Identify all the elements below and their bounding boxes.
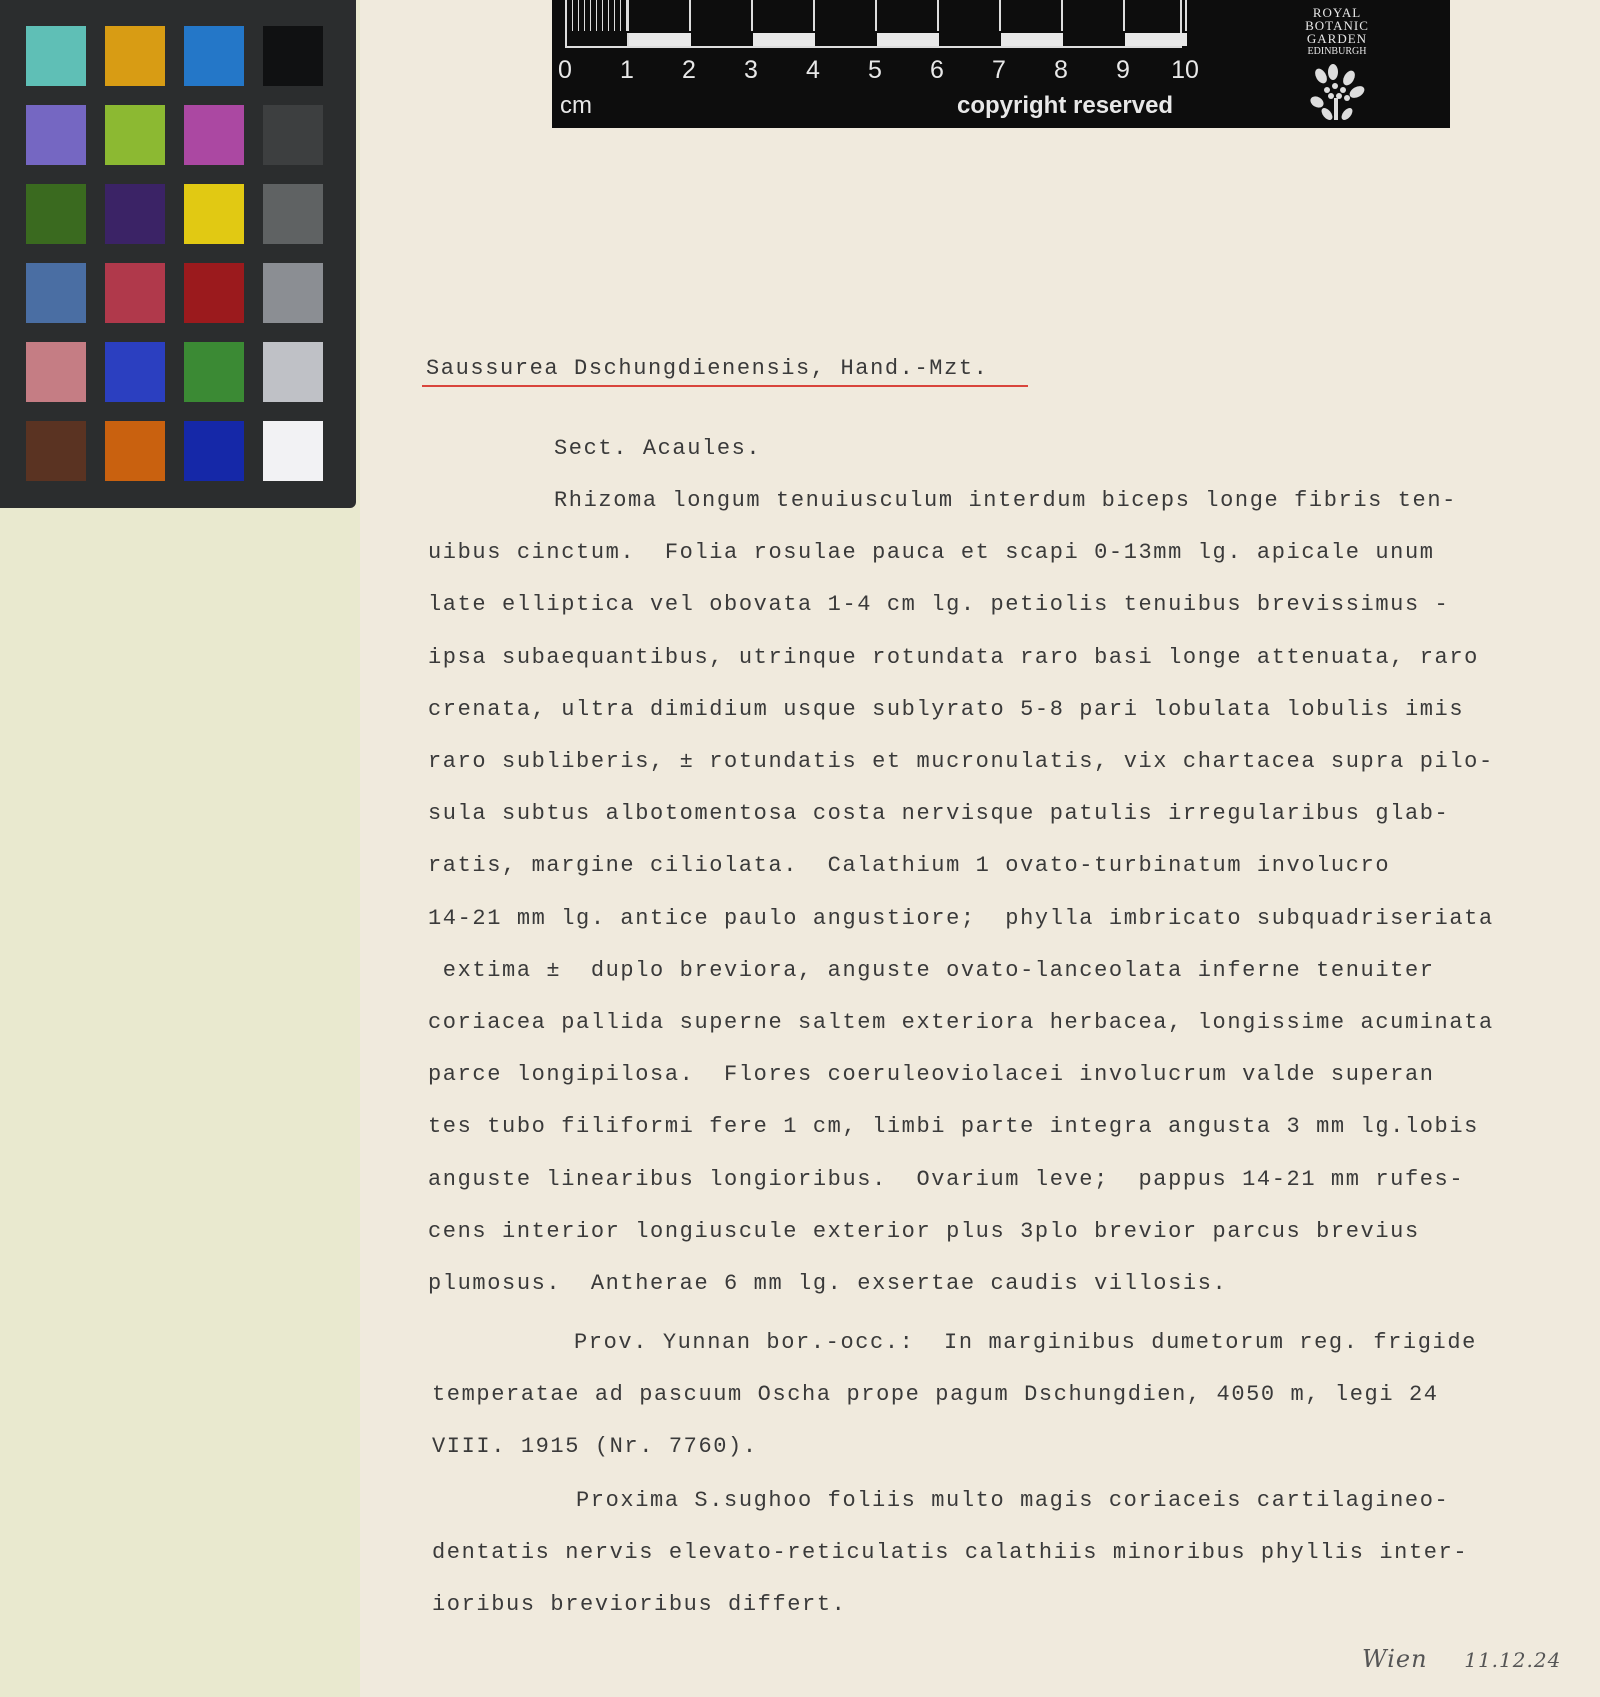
color-swatch [105, 263, 165, 323]
ruler-cell [1125, 0, 1187, 31]
ruler-scale-bar [565, 0, 1182, 48]
ruler-number: 10 [1171, 56, 1199, 85]
color-swatch [26, 342, 86, 402]
signature-place: Wien [1362, 1645, 1428, 1673]
description-line: plumosus. Antherae 6 mm lg. exsertae cau… [428, 1271, 1227, 1296]
color-checker-card [0, 0, 356, 508]
description-line: tes tubo filiformi fere 1 cm, limbi part… [428, 1114, 1479, 1139]
color-swatch [263, 421, 323, 481]
ruler-number: 6 [930, 56, 944, 85]
section-heading: Sect. Acaules. [554, 436, 761, 461]
description-line: uibus cinctum. Folia rosulae pauca et sc… [428, 540, 1435, 565]
flower-emblem-icon [1307, 62, 1367, 124]
locality-line: Prov. Yunnan bor.-occ.: In marginibus du… [574, 1330, 1477, 1355]
signature-date: 11.12.24 [1464, 1648, 1561, 1672]
description-line: ratis, margine ciliolata. Calathium 1 ov… [428, 853, 1390, 878]
comparison-line: ioribus brevioribus differt. [432, 1592, 846, 1617]
description-line: raro subliberis, ± rotundatis et mucronu… [428, 749, 1494, 774]
color-swatch [105, 105, 165, 165]
comparison-line: dentatis nervis elevato-reticulatis cala… [432, 1540, 1468, 1565]
color-swatch [263, 342, 323, 402]
color-swatch [184, 105, 244, 165]
color-swatch [263, 26, 323, 86]
description-line: 14-21 mm lg. antice paulo angustiore; ph… [428, 906, 1494, 931]
ruler-cell [815, 0, 877, 31]
ruler-band [629, 33, 691, 46]
ruler-band [1125, 33, 1187, 46]
color-swatch-grid [26, 26, 323, 481]
rbge-logo: ROYAL BOTANIC GARDEN EDINBURGH [1282, 6, 1392, 126]
ruler-band [1063, 33, 1125, 46]
ruler-cell [1063, 0, 1125, 31]
color-swatch [26, 263, 86, 323]
logo-line: EDINBURGH [1282, 45, 1392, 58]
color-swatch [105, 342, 165, 402]
color-swatch [184, 184, 244, 244]
color-swatch [184, 342, 244, 402]
color-swatch [105, 421, 165, 481]
description-line: crenata, ultra dimidium usque sublyrato … [428, 697, 1464, 722]
color-swatch [263, 263, 323, 323]
color-swatch [263, 105, 323, 165]
color-swatch [263, 184, 323, 244]
ruler-number: 1 [620, 56, 634, 85]
ruler-number: 3 [744, 56, 758, 85]
ruler-band [815, 33, 877, 46]
color-swatch [184, 263, 244, 323]
ruler-cell [939, 0, 1001, 31]
handwritten-signature: Wien 11.12.24 [1362, 1645, 1561, 1673]
ruler-band [567, 33, 629, 46]
description-line: cens interior longiuscule exterior plus … [428, 1219, 1420, 1244]
color-swatch [105, 184, 165, 244]
description-line: extima ± duplo breviora, anguste ovato-l… [428, 958, 1435, 983]
description-line: Rhizoma longum tenuiusculum interdum bic… [554, 488, 1457, 513]
ruler-band [1001, 33, 1063, 46]
ruler-cell [691, 0, 753, 31]
description-line: anguste linearibus longioribus. Ovarium … [428, 1167, 1464, 1192]
copyright-label: copyright reserved [957, 92, 1173, 120]
ruler-cell [567, 0, 629, 31]
color-swatch [26, 421, 86, 481]
description-line: parce longipilosa. Flores coeruleoviolac… [428, 1062, 1435, 1087]
logo-line: GARDEN [1282, 32, 1392, 45]
ruler-cell [753, 0, 815, 31]
ruler-cell [1001, 0, 1063, 31]
ruler-number: 0 [558, 56, 572, 85]
scale-ruler: 012345678910 cm copyright reserved ROYAL… [552, 0, 1450, 128]
ruler-number: 9 [1116, 56, 1130, 85]
color-swatch [184, 421, 244, 481]
ruler-cell [877, 0, 939, 31]
comparison-line: Proxima S.sughoo foliis multo magis cori… [576, 1488, 1449, 1513]
ruler-number: 5 [868, 56, 882, 85]
color-swatch [26, 105, 86, 165]
color-swatch [184, 26, 244, 86]
color-swatch [105, 26, 165, 86]
ruler-band [691, 33, 753, 46]
description-line: ipsa subaequantibus, utrinque rotundata … [428, 645, 1479, 670]
ruler-band [877, 33, 939, 46]
ruler-band [753, 33, 815, 46]
description-line: coriacea pallida superne saltem exterior… [428, 1010, 1494, 1035]
locality-line: VIII. 1915 (Nr. 7760). [432, 1434, 758, 1459]
species-title: Saussurea Dschungdienensis, Hand.-Mzt. [426, 356, 988, 381]
ruler-number: 8 [1054, 56, 1068, 85]
title-underline [422, 385, 1028, 387]
ruler-cell [629, 0, 691, 31]
ruler-number: 4 [806, 56, 820, 85]
locality-line: temperatae ad pascuum Oscha prope pagum … [432, 1382, 1439, 1407]
ruler-unit-label: cm [560, 92, 592, 120]
color-swatch [26, 184, 86, 244]
ruler-number: 7 [992, 56, 1006, 85]
ruler-number: 2 [682, 56, 696, 85]
color-swatch [26, 26, 86, 86]
ruler-band [939, 33, 1001, 46]
description-line: sula subtus albotomentosa costa nervisqu… [428, 801, 1449, 826]
description-line: late elliptica vel obovata 1-4 cm lg. pe… [428, 592, 1449, 617]
